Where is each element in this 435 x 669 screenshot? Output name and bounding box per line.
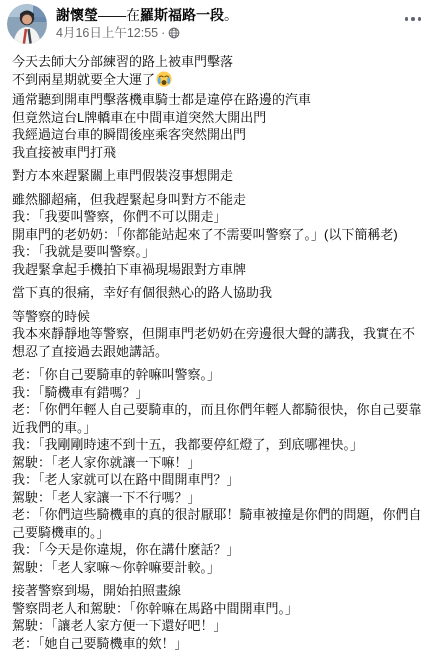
author-name[interactable]: 謝懷瑩: [56, 7, 98, 23]
post-text-line: 我本來靜靜地等警察，但開車門老奶奶在旁邊很大聲的講我，我實在不想忍了直接過去跟她…: [12, 325, 426, 360]
post-text-line: 雖然腳超痛，但我趕緊起身叫對方不能走: [12, 191, 426, 209]
location-link[interactable]: 羅斯福路一段: [140, 7, 224, 23]
post-body: 今天去師大分部練習的路上被車門擊落不到兩星期就要全大運了通常聽到開車門擊落機車騎…: [0, 44, 435, 652]
post-paragraph: 當下真的很痛，幸好有個很熱心的路人協助我: [12, 284, 426, 302]
post-text-line: 但竟然這台L牌轎車在中間車道突然大開出門: [12, 109, 426, 127]
title-suffix: 。: [224, 7, 238, 23]
post-paragraph: 雖然腳超痛，但我趕緊起身叫對方不能走我：「我要叫警察，你們不可以開走」開車門的老…: [12, 191, 426, 279]
post-text-line: 老：「你們年輕人自己要騎車的，而且你們年輕人都騎很快，你自己要靠近我們的車。」: [12, 401, 426, 436]
post-text-line: 我經過這台車的瞬間後座乘客突然開出門: [12, 126, 426, 144]
meta-separator: ·: [161, 25, 165, 41]
header-text: 謝懷瑩——在羅斯福路一段。 4月16日上午12:55 ·: [56, 4, 238, 41]
post-text-line: 等警察的時候: [12, 308, 426, 326]
avatar[interactable]: [7, 4, 47, 44]
post-header: 謝懷瑩——在羅斯福路一段。 4月16日上午12:55 ·: [0, 0, 435, 44]
post-text-line: 我：「我剛剛時速不到十五，我都要停紅燈了，到底哪裡快。」: [12, 436, 426, 454]
facebook-post: 謝懷瑩——在羅斯福路一段。 4月16日上午12:55 ·: [0, 0, 435, 669]
post-text-line: 今天去師大分部練習的路上被車門擊落: [12, 53, 426, 71]
post-text-line: 我：「老人家就可以在路中間開車門？」: [12, 471, 426, 489]
post-paragraph: 老：「你自己要騎車的幹嘛叫警察。」我：「騎機車有錯嗎？」老：「你們年輕人自己要騎…: [12, 366, 426, 576]
globe-icon: [168, 27, 180, 39]
post-text-line: 對方本來趕緊關上車門假裝沒事想開走: [12, 167, 426, 185]
profile-photo-image: [7, 4, 47, 44]
post-text-line: 我：「今天是你違規，你在講什麼話？」: [12, 541, 426, 559]
post-paragraph: 對方本來趕緊關上車門假裝沒事想開走: [12, 167, 426, 185]
post-text-line: 警察問老人和駕駛：「你幹嘛在馬路中間開車門。」: [12, 600, 426, 618]
post-text-line: 接著警察到場，開始拍照畫線: [12, 582, 426, 600]
post-text-line: 老：「你們這些騎機車的真的很討厭耶！騎車被撞是你們的問題，你們自己要騎機車的。」: [12, 506, 426, 541]
crying-emoji: [156, 71, 172, 92]
post-text-line: 開車門的老奶奶：「你都能站起來了不需要叫警察了。」(以下簡稱老): [12, 226, 426, 244]
post-paragraph: 今天去師大分部練習的路上被車門擊落不到兩星期就要全大運了通常聽到開車門擊落機車騎…: [12, 53, 426, 161]
more-options-button[interactable]: [403, 12, 424, 26]
post-text-line: 駕駛：「老人家讓一下不行嗎？」: [12, 489, 426, 507]
ellipsis-icon: [418, 17, 422, 21]
post-text-line: 駕駛：「讓老人家方便一下還好吧！」: [12, 617, 426, 635]
post-text-line: 我：「我就是要叫警察。」: [12, 243, 426, 261]
ellipsis-icon: [411, 17, 415, 21]
post-text-line: 我直接被車門打飛: [12, 144, 426, 162]
post-text-line: 我：「騎機車有錯嗎？」: [12, 384, 426, 402]
timestamp[interactable]: 4月16日上午12:55: [56, 25, 158, 41]
post-text-line: 我：「我要叫警察，你們不可以開走」: [12, 208, 426, 226]
post-text-line: 駕駛：「老人家你就讓一下嘛！」: [12, 454, 426, 472]
post-text-line: 老：「你自己要騎車的幹嘛叫警察。」: [12, 366, 426, 384]
post-text-line: 當下真的很痛，幸好有個很熱心的路人協助我: [12, 284, 426, 302]
post-text-line: 不到兩星期就要全大運了: [12, 71, 426, 92]
connector-text: ——在: [98, 7, 140, 23]
meta-line: 4月16日上午12:55 ·: [56, 25, 238, 41]
post-text-line: 老：「她自己要騎機車的欸！」: [12, 635, 426, 653]
post-paragraph: 接著警察到場，開始拍照畫線警察問老人和駕駛：「你幹嘛在馬路中間開車門。」駕駛：「…: [12, 582, 426, 652]
post-title-line: 謝懷瑩——在羅斯福路一段。: [56, 6, 238, 24]
post-text-line: 通常聽到開車門擊落機車騎士都是違停在路邊的汽車: [12, 91, 426, 109]
post-paragraph: 等警察的時候我本來靜靜地等警察，但開車門老奶奶在旁邊很大聲的講我，我實在不想忍了…: [12, 308, 426, 361]
post-text-line: 我趕緊拿起手機拍下車禍現場跟對方車牌: [12, 261, 426, 279]
ellipsis-icon: [405, 17, 409, 21]
post-text-line: 駕駛：「老人家嘛～你幹嘛要計較。」: [12, 559, 426, 577]
